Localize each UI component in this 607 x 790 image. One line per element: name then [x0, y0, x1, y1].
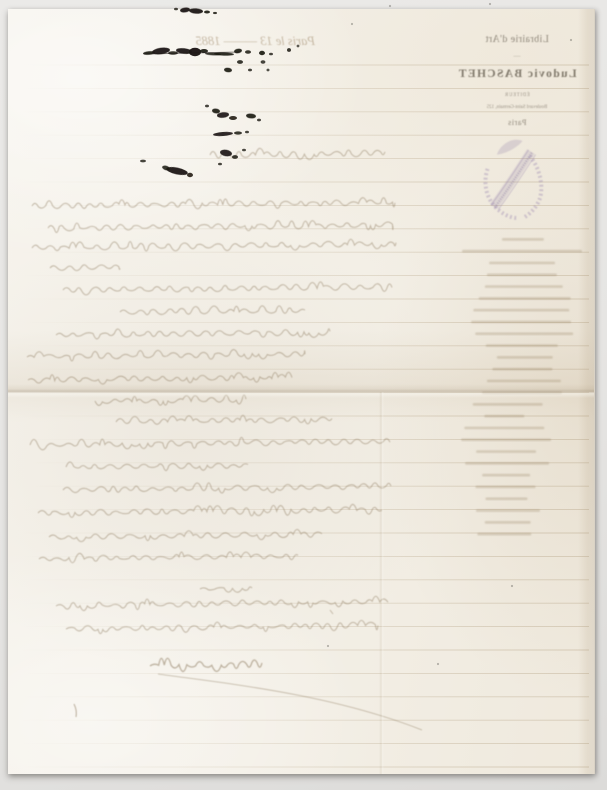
handwriting-showthrough — [27, 147, 422, 730]
ink-blot — [180, 7, 191, 13]
catalog-line — [485, 521, 531, 524]
handwriting-line — [66, 460, 248, 471]
ink-blot — [261, 60, 266, 63]
handwriting-line — [27, 348, 305, 361]
catalog-line — [489, 262, 555, 265]
ink-blot — [287, 48, 291, 52]
handwriting-line — [56, 327, 330, 340]
dust-speck — [351, 23, 353, 25]
catalog-line — [492, 368, 552, 371]
catalog-line — [482, 474, 530, 477]
ink-blot — [166, 165, 189, 176]
handwriting-line — [200, 587, 252, 592]
ink-blot — [248, 69, 252, 72]
catalog-line — [473, 309, 569, 312]
ink-blot — [234, 48, 243, 54]
catalog-line — [462, 250, 582, 253]
ink-blot — [187, 173, 193, 177]
catalog-line — [502, 238, 544, 241]
catalog-line — [476, 509, 540, 512]
handwriting-line — [48, 220, 393, 233]
ink-blot — [245, 131, 249, 134]
handwriting-line — [28, 372, 292, 385]
ink-blot — [213, 12, 217, 14]
ink-blot — [246, 113, 256, 119]
ink-blot — [140, 160, 146, 163]
ink-blot — [267, 69, 270, 72]
dust-speck — [489, 3, 491, 5]
catalog-line — [464, 427, 544, 430]
handwriting-line — [63, 481, 391, 495]
ink-blot — [257, 119, 261, 122]
ink-blot — [232, 155, 238, 159]
dust-speck — [511, 585, 513, 587]
ink-blot — [297, 45, 300, 48]
scanned-letter-verso: Librairie d'Art — Ludovic BASCHET ÉDITEU… — [0, 0, 607, 790]
catalog-line — [461, 438, 551, 441]
handwriting-line — [39, 551, 298, 563]
ink-blot — [269, 53, 273, 56]
ink-blot — [229, 116, 237, 120]
catalog-line — [476, 450, 536, 453]
ink-blot — [212, 108, 221, 114]
ink-blot — [245, 50, 251, 54]
catalog-line — [487, 273, 557, 276]
dust-speck — [327, 645, 329, 647]
ink-blot — [189, 48, 201, 56]
ink-blot — [224, 67, 232, 72]
catalog-line — [473, 403, 543, 406]
pen-stroke — [330, 610, 333, 614]
catalog-line — [485, 285, 563, 288]
handwriting-line — [63, 281, 392, 295]
catalog-line — [475, 332, 573, 335]
catalog-line — [484, 415, 524, 418]
catalog-line — [486, 344, 558, 347]
dust-speck — [389, 5, 391, 7]
handwriting-line — [38, 504, 382, 518]
catalog-line — [465, 462, 549, 465]
stamp-plume — [495, 138, 525, 155]
ink-blot — [174, 8, 178, 11]
dust-speck — [570, 39, 572, 41]
ink-blot — [234, 131, 242, 134]
handwriting-line — [32, 197, 395, 211]
ink-blot — [259, 51, 265, 55]
catalog-line — [497, 356, 553, 359]
signature-line — [150, 656, 262, 673]
pen-stroke — [74, 704, 76, 717]
ink-blot — [218, 163, 222, 166]
handwriting-line — [49, 529, 322, 542]
ink-blot — [237, 60, 243, 64]
catalog-line — [479, 297, 571, 300]
handwriting-line — [32, 238, 396, 253]
vertical-fold-crease — [379, 392, 384, 774]
ink-blot — [205, 105, 209, 108]
catalog-line — [487, 380, 561, 383]
embossed-stamp — [477, 136, 548, 224]
catalog-line — [476, 486, 536, 489]
ink-blot — [213, 131, 233, 136]
dust-speck — [437, 663, 439, 665]
handwriting-line — [50, 265, 120, 271]
ink-blot — [242, 149, 246, 152]
catalog-line — [477, 533, 531, 536]
horizontal-fold-crease — [8, 384, 594, 398]
ink-blots — [140, 7, 299, 177]
catalog-line — [471, 321, 571, 324]
handwriting-line — [120, 305, 305, 315]
ink-blot — [189, 8, 203, 14]
handwriting-line — [30, 436, 390, 450]
ink-blot — [204, 11, 210, 14]
catalog-line — [486, 497, 528, 500]
handwriting-line — [66, 620, 378, 634]
